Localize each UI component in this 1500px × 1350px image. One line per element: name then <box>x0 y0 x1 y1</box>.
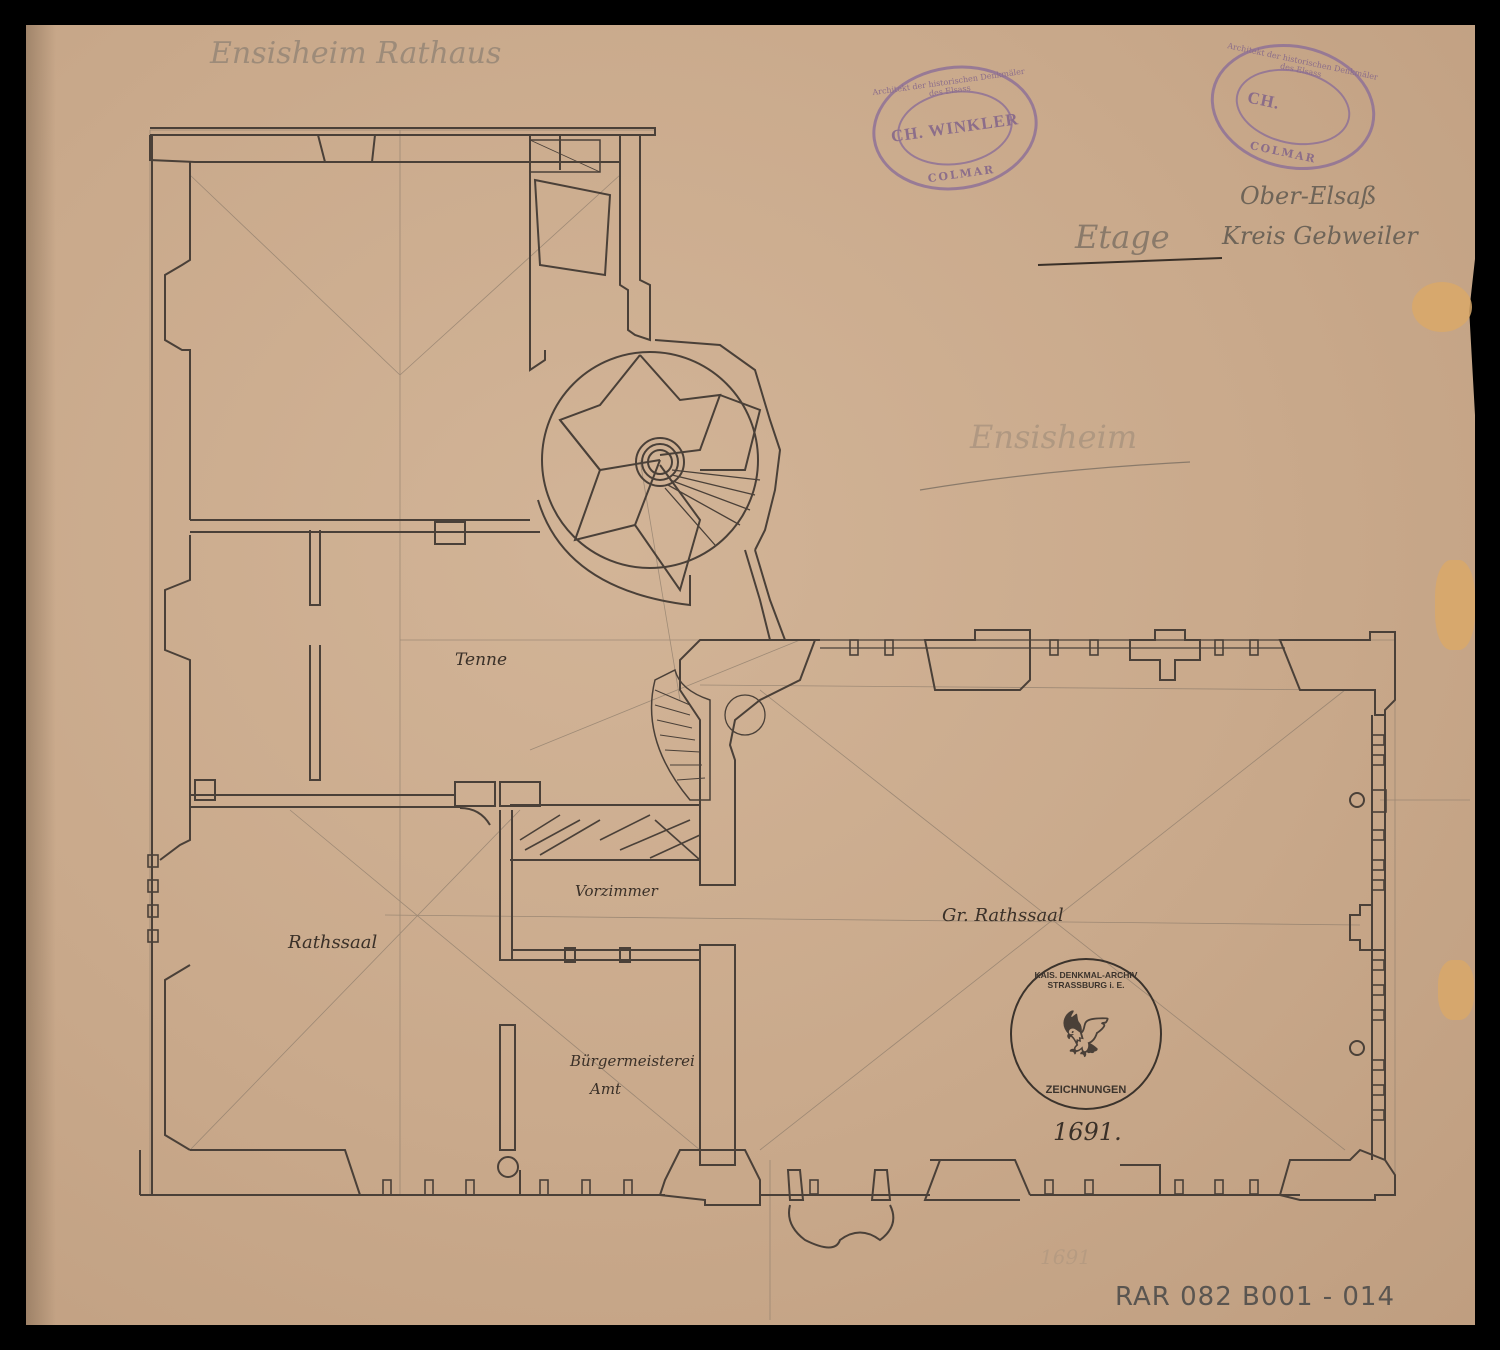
drawing-title: Ensisheim Rathaus <box>210 36 501 71</box>
archive-reference: RAR 082 B001 - 014 <box>1115 1282 1395 1312</box>
room-label-rathssaal: Rathssaal <box>288 932 377 953</box>
room-label-vorzimmer: Vorzimmer <box>575 882 658 900</box>
archive-stamp-bottom-text: ZEICHNUNGEN <box>1012 1084 1160 1096</box>
pencil-note: Ensisheim <box>970 418 1137 456</box>
archive-stamp: KAIS. DENKMAL-ARCHIV STRASSBURG i. E. 🦅︎… <box>1010 958 1162 1110</box>
faint-number: 1691 <box>1040 1245 1091 1269</box>
room-label-buergermeisterei: Bürgermeisterei <box>570 1052 695 1070</box>
room-label-tenne: Tenne <box>455 650 507 670</box>
room-label-amt: Amt <box>590 1080 621 1098</box>
imperial-eagle-icon: 🦅︎ <box>1057 1007 1115 1062</box>
room-label-gr-rathssaal: Gr. Rathssaal <box>942 905 1064 926</box>
archive-stamp-top-text: KAIS. DENKMAL-ARCHIV STRASSBURG i. E. <box>1012 970 1160 990</box>
region-line-2: Kreis Gebweiler <box>1222 222 1418 250</box>
drawing-number: 1691. <box>1053 1118 1122 1146</box>
floor-label: Etage <box>1075 218 1170 256</box>
region-line-1: Ober-Elsaß <box>1240 182 1377 210</box>
